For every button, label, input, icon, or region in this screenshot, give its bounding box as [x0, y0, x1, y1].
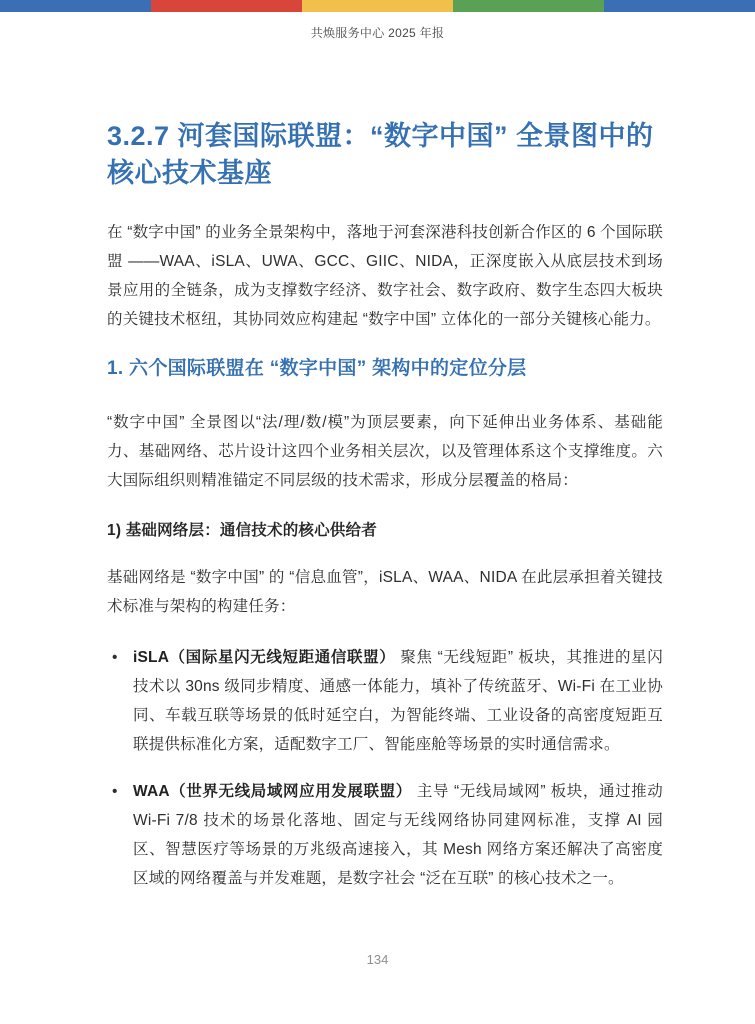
running-header-title: 共焕服务中心 2025 年报 — [0, 25, 755, 41]
alliance-bullet-list: • iSLA（国际星闪无线短距通信联盟） 聚焦 “无线短距” 板块，其推进的星闪… — [107, 643, 663, 893]
list-item: • WAA（世界无线局域网应用发展联盟） 主导 “无线局域网” 板块，通过推动 … — [107, 777, 663, 893]
chapter-title: 3.2.7 河套国际联盟：“数字中国” 全景图中的核心技术基座 — [107, 118, 663, 192]
bullet-lead-isla: iSLA（国际星闪无线短距通信联盟） — [133, 649, 395, 666]
document-body: 3.2.7 河套国际联盟：“数字中国” 全景图中的核心技术基座 在 “数字中国”… — [107, 118, 663, 893]
subsection-1-paragraph: 基础网络是 “数字中国” 的 “信息血管”，iSLA、WAA、NIDA 在此层承… — [107, 563, 663, 621]
subsection-1-heading: 1) 基础网络层：通信技术的核心供给者 — [107, 519, 663, 543]
bullet-text: WAA（世界无线局域网应用发展联盟） 主导 “无线局域网” 板块，通过推动 Wi… — [133, 777, 663, 893]
bullet-text: iSLA（国际星闪无线短距通信联盟） 聚焦 “无线短距” 板块，其推进的星闪技术… — [133, 643, 663, 759]
color-bar-segment-green — [453, 0, 604, 12]
section-1-paragraph: “数字中国” 全景图以“法/理/数/模”为顶层要素，向下延伸出业务体系、基础能力… — [107, 408, 663, 495]
color-bar-segment-red — [151, 0, 302, 12]
bullet-lead-waa: WAA（世界无线局域网应用发展联盟） — [133, 783, 412, 800]
page-number: 134 — [0, 952, 755, 967]
color-bar-segment-blue-1 — [0, 0, 151, 12]
decorative-color-bar — [0, 0, 755, 12]
intro-paragraph: 在 “数字中国” 的业务全景架构中，落地于河套深港科技创新合作区的 6 个国际联… — [107, 218, 663, 334]
section-1-heading: 1. 六个国际联盟在 “数字中国” 架构中的定位分层 — [107, 356, 663, 382]
list-item: • iSLA（国际星闪无线短距通信联盟） 聚焦 “无线短距” 板块，其推进的星闪… — [107, 643, 663, 759]
color-bar-segment-yellow — [302, 0, 453, 12]
bullet-dot-icon: • — [107, 777, 133, 806]
color-bar-segment-blue-2 — [604, 0, 755, 12]
bullet-dot-icon: • — [107, 643, 133, 672]
report-page: 共焕服务中心 2025 年报 3.2.7 河套国际联盟：“数字中国” 全景图中的… — [0, 0, 755, 1024]
